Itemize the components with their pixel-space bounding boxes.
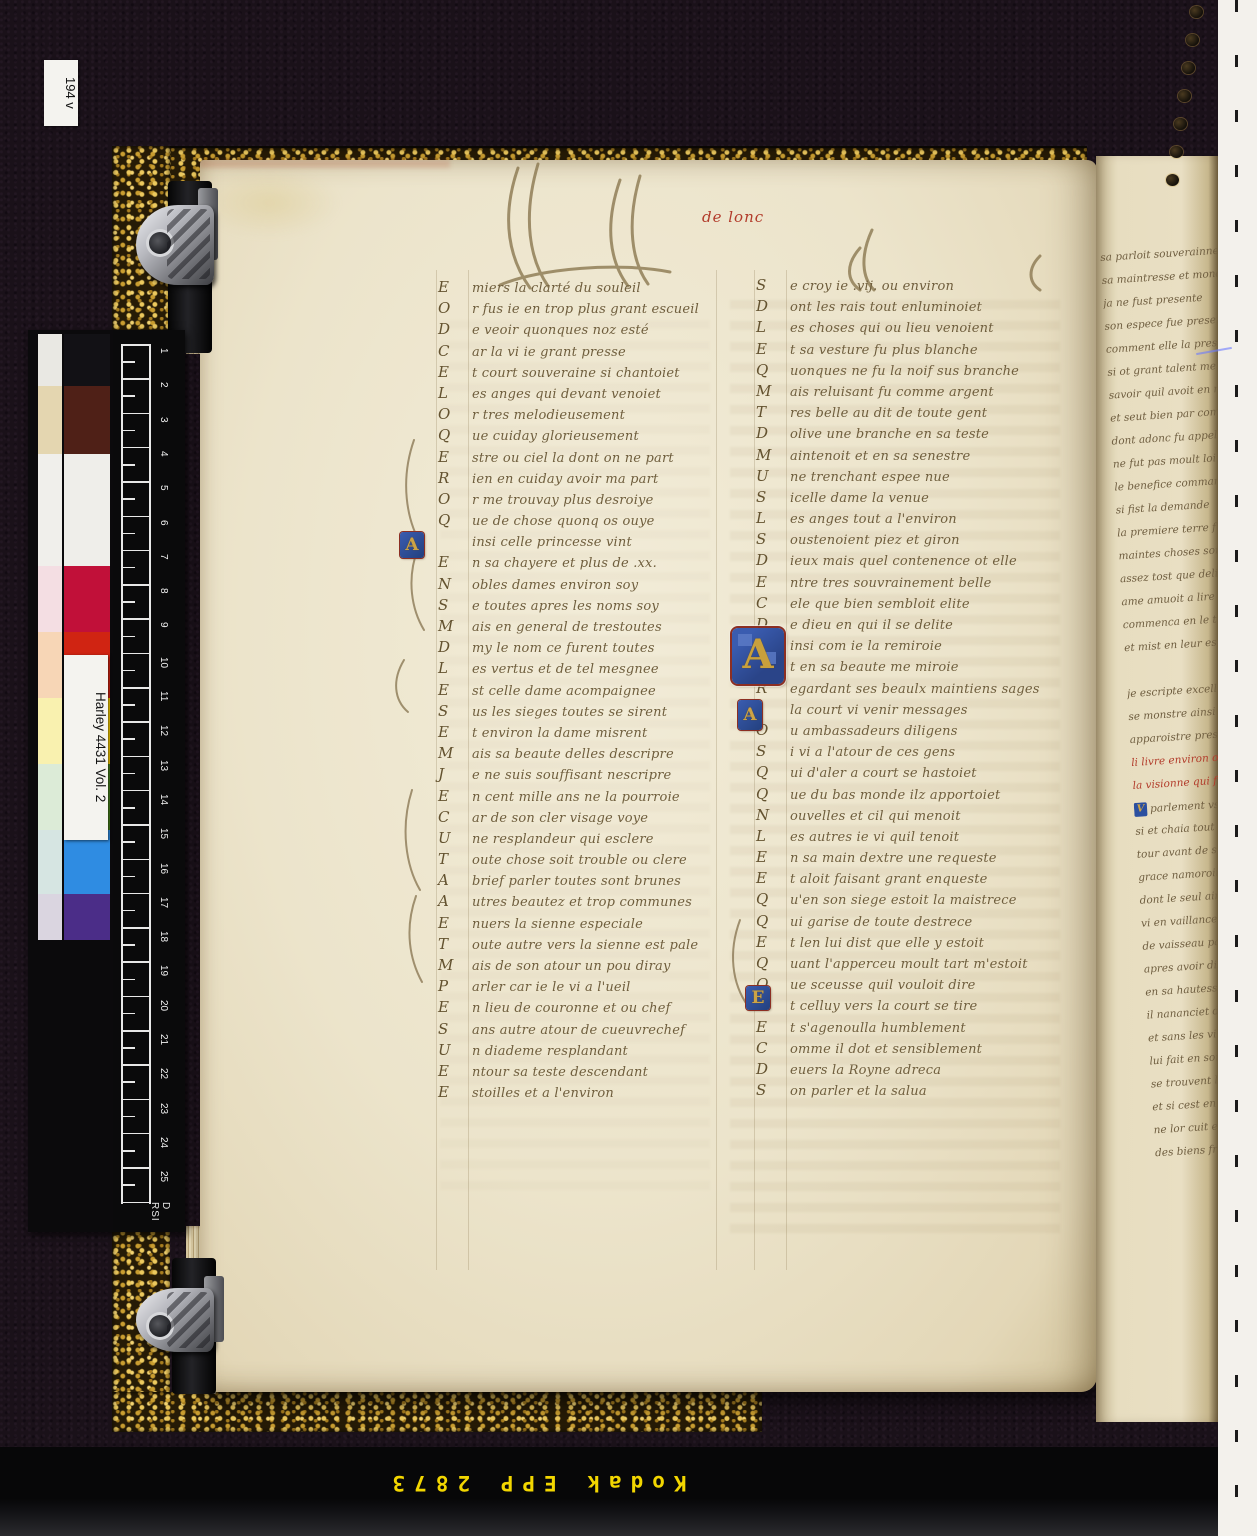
ruler-tick: [121, 550, 149, 552]
ruler-footer-text: D RSI: [149, 1202, 171, 1232]
line-text: n lieu de couronne et ou chef: [472, 1001, 671, 1016]
illuminated-initial-large: A: [732, 628, 784, 684]
ruler-half-tick: [121, 841, 135, 843]
line-initial: S: [438, 1020, 464, 1038]
line-text: st celle dame acompaignee: [472, 684, 656, 699]
line-text: t court souveraine si chantoiet: [472, 366, 680, 381]
manuscript-line: Et en sa beaute me miroie: [756, 657, 1076, 678]
manuscript-line: Cele que bien sembloit elite: [756, 594, 1076, 615]
line-initial: E: [438, 448, 464, 466]
color-patch-solid: [64, 334, 110, 386]
ruler-half-tick: [121, 601, 135, 603]
ruler-half-tick: [121, 1116, 135, 1118]
line-text: la court vi venir messages: [790, 703, 968, 718]
color-patch-solid: [64, 566, 110, 632]
ruler-half-tick: [121, 876, 135, 878]
line-text: oute chose soit trouble ou clere: [472, 853, 687, 868]
manuscript-line: Un diademe resplandant: [438, 1041, 738, 1062]
line-initial: M: [438, 744, 464, 762]
line-initial: E: [438, 998, 464, 1016]
manuscript-line: Les anges qui devant venoiet: [438, 384, 738, 405]
line-initial: M: [756, 382, 782, 400]
line-text: ue de chose quonq os ouye: [472, 514, 655, 529]
line-initial: O: [438, 490, 464, 508]
line-text: uant l'apperceu moult tart m'estoit: [790, 957, 1028, 972]
line-text: ar la vi ie grant presse: [472, 345, 626, 360]
manuscript-line: Que sceusse quil vouloit dire: [756, 975, 1076, 996]
line-text: t s'agenoulla humblement: [790, 1021, 966, 1036]
ruler-tick: [121, 481, 149, 483]
ruler-number: 24: [153, 1137, 169, 1148]
manuscript-line: Enuers la sienne especiale: [438, 914, 738, 935]
line-text: ans autre atour de cueuvrechef: [472, 1023, 685, 1038]
manuscript-line: Quant l'apperceu moult tart m'estoit: [756, 954, 1076, 975]
manuscript-line: Et celluy vers la court se tire: [756, 996, 1076, 1017]
ruler-tick: [121, 413, 149, 415]
line-initial: Q: [756, 954, 782, 972]
manuscript-line: Mais de son atour un pou diray: [438, 956, 738, 977]
ruler-tick: [121, 1064, 149, 1066]
line-text: us les sieges toutes se sirent: [472, 705, 667, 720]
ruler-tick: [121, 893, 149, 895]
line-text: u ambassadeurs diligens: [790, 724, 958, 739]
ruler-tick: [121, 653, 149, 655]
ruler-number: 14: [153, 794, 169, 805]
ruler-tick: [121, 824, 149, 826]
line-initial: E: [756, 933, 782, 951]
ruler-tick: [121, 1202, 149, 1204]
line-initial: E: [438, 363, 464, 381]
line-initial: R: [438, 469, 464, 487]
manuscript-line: Nouvelles et cil qui menoit: [756, 806, 1076, 827]
manuscript-line: En sa main dextre une requeste: [756, 848, 1076, 869]
line-text: olive une branche en sa teste: [790, 427, 989, 442]
ruler-tick: [121, 1133, 149, 1135]
manuscript-line: Car la vi ie grant presse: [438, 342, 738, 363]
color-patch-tint: [38, 894, 62, 940]
manuscript-line: Ou ambassadeurs diligens: [756, 721, 1076, 742]
ruler-half-tick: [121, 1081, 135, 1083]
manuscript-line: Emiers la clarté du souleil: [438, 278, 738, 299]
ruler-number: 10: [153, 657, 169, 668]
manuscript-line: Une resplandeur qui esclere: [438, 829, 738, 850]
line-initial: C: [438, 342, 464, 360]
line-initial: C: [756, 1039, 782, 1057]
line-initial: L: [756, 509, 782, 527]
line-initial: Q: [756, 361, 782, 379]
ruler-rail: [149, 344, 151, 1204]
manuscript-line: Qui d'aler a court se hastoiet: [756, 763, 1076, 784]
show-through-rubric: [200, 160, 450, 168]
ruler-tick: [121, 756, 149, 758]
ruler-number: 15: [153, 828, 169, 839]
line-text: es choses qui ou lieu venoient: [790, 321, 994, 336]
ruler-half-tick: [121, 361, 135, 363]
line-initial: S: [756, 276, 782, 294]
line-text: e dieu en qui il se delite: [790, 618, 953, 633]
color-patch-tint: [38, 632, 62, 698]
ruler-number: 11: [153, 691, 169, 701]
manuscript-line: Dieux mais quel contenence ot elle: [756, 551, 1076, 572]
manuscript-line: Nobles dames environ soy: [438, 575, 738, 596]
ruler-half-tick: [121, 636, 135, 638]
manuscript-line: Son parler et la salua: [756, 1081, 1076, 1102]
manuscript-line: Regardant ses beaulx maintiens sages: [756, 679, 1076, 700]
running-title-rubric: de lonc: [702, 208, 764, 226]
line-text: es anges qui devant venoiet: [472, 387, 661, 402]
manuscript-line: Ainsi com ie la remiroie: [756, 636, 1076, 657]
ruler-tick: [121, 961, 149, 963]
line-text: u'en son siege estoit la maistrece: [790, 893, 1017, 908]
color-patch-tint: [38, 334, 62, 386]
manuscript-line: Mais en general de trestoutes: [438, 617, 738, 638]
ruler-half-tick: [121, 670, 135, 672]
ruler-half-tick: [121, 1150, 135, 1152]
manuscript-line: Dmy le nom ce furent toutes: [438, 638, 738, 659]
line-text: ue du bas monde ilz apportoiet: [790, 788, 1000, 803]
manuscript-line: Est celle dame acompaignee: [438, 681, 738, 702]
line-text: ais en general de trestoutes: [472, 620, 662, 635]
line-initial: D: [756, 424, 782, 442]
line-initial: S: [438, 596, 464, 614]
ruler-number: 7: [153, 554, 169, 560]
ruler-half-tick: [121, 704, 135, 706]
manuscript-line: Que de chose quonq os ouye: [438, 511, 738, 532]
line-initial: U: [438, 1041, 464, 1059]
line-initial: J: [438, 765, 464, 783]
page-clip-top: [136, 205, 214, 285]
manuscript-line: Se toutes apres les noms soy: [438, 596, 738, 617]
initial-letter: A: [742, 631, 773, 678]
ruler-half-tick: [121, 464, 135, 466]
manuscript-line: Mais reluisant fu comme argent: [756, 382, 1076, 403]
line-text: e veoir quonques noz esté: [472, 323, 649, 338]
line-initial: E: [438, 1083, 464, 1101]
line-text: e toutes apres les noms soy: [472, 599, 659, 614]
edge-bead: [1190, 6, 1203, 18]
line-initial: M: [438, 617, 464, 635]
ruler-number: 3: [153, 417, 169, 423]
manuscript-line: Tres belle au dit de toute gent: [756, 403, 1076, 424]
ruler-half-tick: [121, 1013, 135, 1015]
ruler-tick: [121, 1030, 149, 1032]
manuscript-line: Or me trouvay plus desroiye: [438, 490, 738, 511]
ruler-half-tick: [121, 1047, 135, 1049]
line-text: t sa vesture fu plus blanche: [790, 343, 978, 358]
ruler-number: 13: [153, 760, 169, 771]
line-initial: Q: [756, 912, 782, 930]
line-initial: M: [756, 446, 782, 464]
ruler-number: 2: [153, 382, 169, 388]
ruler-number: 22: [153, 1068, 169, 1079]
line-text: my le nom ce furent toutes: [472, 641, 655, 656]
gold-tooled-border-bottom: [112, 1392, 762, 1432]
manuscript-line: Que cuiday glorieusement: [438, 426, 738, 447]
manuscript-line: Et sa vesture fu plus blanche: [756, 340, 1076, 361]
color-patch-tint: [38, 764, 62, 830]
manuscript-line: Qui garise de toute destrece: [756, 912, 1076, 933]
manuscript-line: Dolive une branche en sa teste: [756, 424, 1076, 445]
line-text: insi com ie la remiroie: [790, 639, 942, 654]
line-text: ele que bien sembloit elite: [790, 597, 970, 612]
manuscript-line: Sus les sieges toutes se sirent: [438, 702, 738, 723]
manuscript-line: Rien en cuiday avoir ma part: [438, 469, 738, 490]
line-text: stre ou ciel la dont on ne part: [472, 451, 674, 466]
ruler-tick: [121, 687, 149, 689]
line-initial: L: [756, 318, 782, 336]
line-text: uonques ne fu la noif sus branche: [790, 364, 1019, 379]
line-text: t en sa beaute me miroie: [790, 660, 959, 675]
line-initial: E: [756, 869, 782, 887]
line-initial: U: [756, 467, 782, 485]
ruler-tick: [121, 447, 149, 449]
ruler-tick: [121, 584, 149, 586]
line-text: brief parler toutes sont brunes: [472, 874, 681, 889]
manuscript-line: Ala court vi venir messages: [756, 700, 1076, 721]
manuscript-line: Dont les rais tout enluminoiet: [756, 297, 1076, 318]
manuscript-line: Et environ la dame misrent: [438, 723, 738, 744]
manuscript-line: Une trenchant espee nue: [756, 467, 1076, 488]
film-edge-strip: [1218, 0, 1257, 1536]
ruler-number: 5: [153, 485, 169, 491]
line-initial: P: [438, 977, 464, 995]
ruler-number: 21: [153, 1034, 169, 1045]
film-rebate-bottom: Kodak EPP 2873: [0, 1447, 1218, 1536]
line-text: t environ la dame misrent: [472, 726, 647, 741]
manuscript-line: Sicelle dame la venue: [756, 488, 1076, 509]
line-text: r me trouvay plus desroiye: [472, 493, 654, 508]
manuscript-line: Or fus ie en trop plus grant escueil: [438, 299, 738, 320]
ruler-half-tick: [121, 395, 135, 397]
color-patch-tint: [38, 698, 62, 764]
ruler-tick: [121, 996, 149, 998]
line-initial: A: [438, 892, 464, 910]
manuscript-line: Toute chose soit trouble ou clere: [438, 850, 738, 871]
manuscript-line: Les vertus et de tel mesgnee: [438, 659, 738, 680]
color-patch-tint: [38, 830, 62, 894]
line-initial: T: [438, 850, 464, 868]
line-initial: L: [756, 827, 782, 845]
page-clip-bottom: [136, 1288, 214, 1352]
line-initial: C: [438, 808, 464, 826]
line-initial: M: [438, 956, 464, 974]
line-initial: S: [756, 488, 782, 506]
initial-letter: E: [752, 988, 765, 1008]
folio-number-label: 194 v: [44, 60, 78, 126]
show-through-illumination: [200, 168, 340, 238]
ruler-half-tick: [121, 1184, 135, 1186]
line-initial: S: [438, 702, 464, 720]
ruler-half-tick: [121, 498, 135, 500]
line-initial: E: [438, 681, 464, 699]
edge-bead: [1170, 146, 1183, 158]
ruler-number: 12: [153, 725, 169, 736]
line-text: es anges tout a l'environ: [790, 512, 957, 527]
ruler-half-tick: [121, 979, 135, 981]
ruler-number: 16: [153, 863, 169, 874]
manuscript-page-verso: de lonc Emiers la clarté du souleilOr fu…: [200, 160, 1097, 1392]
line-initial: S: [756, 530, 782, 548]
ruler-tick: [121, 1099, 149, 1101]
ruler-tick: [121, 618, 149, 620]
manuscript-line: Se croy ie .vij. ou environ: [756, 276, 1076, 297]
color-bar-tints: [38, 330, 62, 1232]
line-text: ntre tres souvrainement belle: [790, 576, 992, 591]
manuscript-line: Et court souveraine si chantoiet: [438, 363, 738, 384]
edge-bead: [1182, 62, 1195, 74]
line-initial: D: [756, 297, 782, 315]
line-text: ais sa beaute delles descripre: [472, 747, 674, 762]
manuscript-line: Sans autre atour de cueuvrechef: [438, 1020, 738, 1041]
line-text: es vertus et de tel mesgnee: [472, 662, 659, 677]
line-initial: S: [756, 1081, 782, 1099]
manuscript-line: Comme il dot et sensiblement: [756, 1039, 1076, 1060]
ruler-half-tick: [121, 807, 135, 809]
manuscript-line: Entour sa teste descendant: [438, 1062, 738, 1083]
line-initial: E: [438, 723, 464, 741]
line-text: ont les rais tout enluminoiet: [790, 300, 982, 315]
line-initial: E: [438, 787, 464, 805]
manuscript-line: Les anges tout a l'environ: [756, 509, 1076, 530]
ruler-number: 8: [153, 588, 169, 594]
manuscript-line: Estre ou ciel la dont on ne part: [438, 448, 738, 469]
ruling-line: [436, 270, 437, 1270]
manuscript-line: Quonques ne fu la noif sus branche: [756, 361, 1076, 382]
manuscript-photograph: de lonc Emiers la clarté du souleilOr fu…: [0, 0, 1257, 1536]
line-text: n cent mille ans ne la pourroie: [472, 790, 680, 805]
initial-letter: A: [405, 535, 418, 555]
ruler-number: 18: [153, 931, 169, 942]
line-text: icelle dame la venue: [790, 491, 929, 506]
film-brand-text: Kodak EPP 2873: [355, 1471, 715, 1495]
manuscript-line: Estoilles et a l'environ: [438, 1083, 738, 1104]
line-initial: N: [756, 806, 782, 824]
ruler-number: 1: [153, 348, 169, 354]
facing-page-recto: sa parloit souverainnesa maintresse et m…: [1096, 156, 1218, 1422]
text-column-left: Emiers la clarté du souleilOr fus ie en …: [438, 278, 738, 1104]
manuscript-line: Car de son cler visage voye: [438, 808, 738, 829]
line-text: ar de son cler visage voye: [472, 811, 648, 826]
line-text: obles dames environ soy: [472, 578, 638, 593]
line-initial: U: [438, 829, 464, 847]
illuminated-initial-small: A: [400, 532, 424, 558]
color-patch-tint: [38, 454, 62, 566]
line-text: i vi a l'atour de ces gens: [790, 745, 955, 760]
illuminated-initial-small: V: [1134, 802, 1148, 817]
manuscript-line: Et len lui dist que elle y estoit: [756, 933, 1076, 954]
manuscript-line: En lieu de couronne et ou chef: [438, 998, 738, 1019]
facing-page-text: sa parloit souverainnesa maintresse et m…: [1100, 243, 1218, 1170]
manuscript-line: Et s'agenoulla humblement: [756, 1018, 1076, 1039]
line-initial: E: [438, 278, 464, 296]
edge-bead: [1174, 118, 1187, 130]
line-text: ne resplandeur qui esclere: [472, 832, 654, 847]
line-text: t len lui dist que elle y estoit: [790, 936, 984, 951]
manuscript-line: Or tres melodieusement: [438, 405, 738, 426]
line-initial: E: [756, 340, 782, 358]
line-text: t aloit faisant grant enqueste: [790, 872, 988, 887]
line-text: insi celle princesse vint: [472, 535, 632, 550]
line-text: n diademe resplandant: [472, 1044, 628, 1059]
line-initial: C: [756, 594, 782, 612]
line-text: miers la clarté du souleil: [472, 281, 641, 296]
illuminated-initial-small: A: [738, 700, 762, 730]
line-initial: Q: [756, 890, 782, 908]
line-text: egardant ses beaulx maintiens sages: [790, 682, 1040, 697]
manuscript-line: Deuers la Royne adreca: [756, 1060, 1076, 1081]
line-text: es autres ie vi quil tenoit: [790, 830, 959, 845]
line-text: aintenoit et en sa senestre: [790, 449, 970, 464]
manuscript-line: Les choses qui ou lieu venoient: [756, 318, 1076, 339]
line-text: r tres melodieusement: [472, 408, 625, 423]
manuscript-line: En sa chayere et plus de .xx.: [438, 553, 738, 574]
ruler-half-tick: [121, 567, 135, 569]
ruler-number: 20: [153, 1000, 169, 1011]
line-text: e ne suis souffisant nescripre: [472, 768, 671, 783]
ruler-half-tick: [121, 910, 135, 912]
edge-bead: [1186, 34, 1199, 46]
ruler-number: 4: [153, 451, 169, 457]
ruler-tick: [121, 516, 149, 518]
line-text: ais reluisant fu comme argent: [790, 385, 994, 400]
measuring-ruler: 1234567891011121314151617181920212223242…: [113, 330, 185, 1232]
line-initial: T: [438, 935, 464, 953]
line-text: ais de son atour un pou diray: [472, 959, 671, 974]
color-patch-solid: [64, 386, 110, 454]
line-text: e croy ie .vij. ou environ: [790, 279, 954, 294]
manuscript-line: Ainsi celle princesse vint: [438, 532, 738, 553]
line-initial: Q: [438, 511, 464, 529]
manuscript-line: Maintenoit et en sa senestre: [756, 446, 1076, 467]
line-initial: Q: [756, 763, 782, 781]
line-text: nuers la sienne especiale: [472, 917, 643, 932]
color-patch-tint: [38, 566, 62, 632]
line-initial: E: [438, 553, 464, 571]
ruler-number: 23: [153, 1103, 169, 1114]
ruler-tick: [121, 378, 149, 380]
color-patch-solid: [64, 454, 110, 566]
ruler-half-tick: [121, 773, 135, 775]
line-text: ouvelles et cil qui menoit: [790, 809, 961, 824]
color-patch-tint: [38, 386, 62, 454]
line-text: ue sceusse quil vouloit dire: [790, 978, 976, 993]
line-text: t celluy vers la court se tire: [790, 999, 977, 1014]
ruler-number: 25: [153, 1171, 169, 1182]
line-text: res belle au dit de toute gent: [790, 406, 987, 421]
line-text: utres beautez et trop communes: [472, 895, 692, 910]
manuscript-line: Autres beautez et trop communes: [438, 892, 738, 913]
initial-letter: A: [743, 705, 756, 725]
manuscript-line: Parler car ie le vi a l'ueil: [438, 977, 738, 998]
ruler-half-tick: [121, 944, 135, 946]
manuscript-line: Entre tres souvrainement belle: [756, 573, 1076, 594]
line-initial: E: [756, 848, 782, 866]
text-column-right: Se croy ie .vij. ou environDont les rais…: [756, 276, 1076, 1102]
manuscript-line: Je ne suis souffisant nescripre: [438, 765, 738, 786]
manuscript-line: De veoir quonques noz esté: [438, 320, 738, 341]
line-initial: T: [756, 403, 782, 421]
ruler-half-tick: [121, 430, 135, 432]
line-text: ne trenchant espee nue: [790, 470, 950, 485]
line-initial: D: [756, 1060, 782, 1078]
manuscript-line: Et aloit faisant grant enqueste: [756, 869, 1076, 890]
ruler-number: 19: [153, 965, 169, 976]
line-text: ieux mais quel contenence ot elle: [790, 554, 1017, 569]
manuscript-line: Soustenoient piez et giron: [756, 530, 1076, 551]
ruler-tick: [121, 927, 149, 929]
line-text: ntour sa teste descendant: [472, 1065, 648, 1080]
line-text: oute autre vers la sienne est pale: [472, 938, 698, 953]
